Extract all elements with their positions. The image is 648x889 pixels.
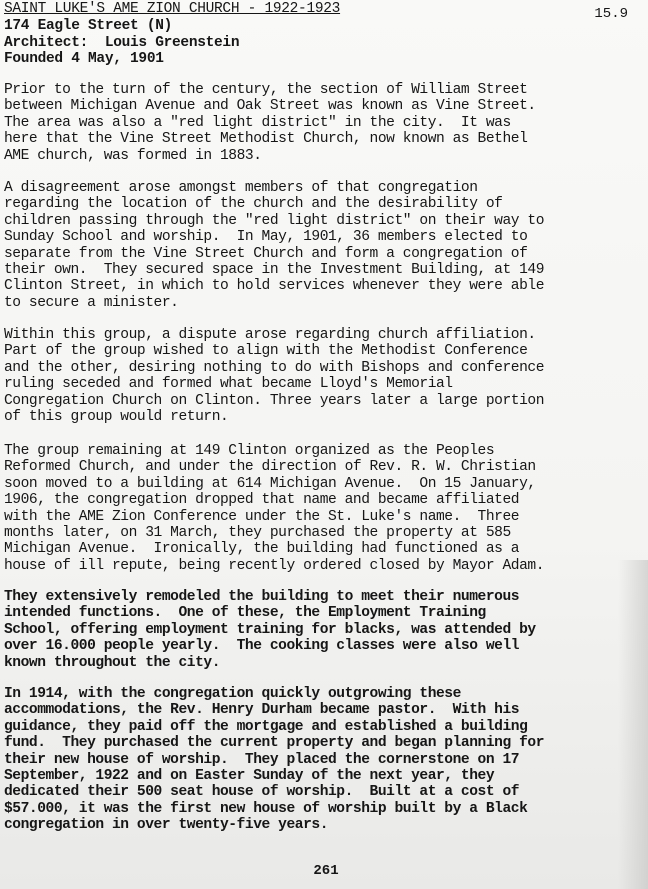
text-line: regarding the location of the church and… xyxy=(4,196,544,212)
text-line: to secure a minister. xyxy=(4,295,544,311)
page-shadow xyxy=(618,560,648,889)
text-line: their new house of worship. They placed … xyxy=(4,752,544,768)
text-line: Within this group, a dispute arose regar… xyxy=(4,327,544,343)
text-line: Michigan Avenue. Ironically, the buildin… xyxy=(4,541,544,557)
text-line: Congregation Church on Clinton. Three ye… xyxy=(4,393,544,409)
text-line: of this group would return. xyxy=(4,409,544,425)
text-line: between Michigan Avenue and Oak Street w… xyxy=(4,98,536,114)
text-line: house of ill repute, being recently orde… xyxy=(4,558,544,574)
text-line: Sunday School and worship. In May, 1901,… xyxy=(4,229,544,245)
text-line: AME church, was formed in 1883. xyxy=(4,148,536,164)
page-number: 261 xyxy=(0,863,648,879)
text-line: A disagreement arose amongst members of … xyxy=(4,180,544,196)
text-line: School, offering employment training for… xyxy=(4,622,536,638)
text-line: separate from the Vine Street Church and… xyxy=(4,246,544,262)
text-line: soon moved to a building at 614 Michigan… xyxy=(4,476,544,492)
paragraph-disagreement: A disagreement arose amongst members of … xyxy=(4,180,544,311)
text-line: congregation in over twenty-five years. xyxy=(4,817,544,833)
text-line: Clinton Street, in which to hold service… xyxy=(4,278,544,294)
paragraph-remodel: They extensively remodeled the building … xyxy=(4,589,536,671)
text-line: The area was also a "red light district"… xyxy=(4,115,536,131)
paragraph-vine-street: Prior to the turn of the century, the se… xyxy=(4,82,536,164)
text-line: months later, on 31 March, they purchase… xyxy=(4,525,544,541)
text-line: with the AME Zion Conference under the S… xyxy=(4,509,544,525)
text-line: intended functions. One of these, the Em… xyxy=(4,605,536,621)
text-line: Reformed Church, and under the direction… xyxy=(4,459,544,475)
text-line: here that the Vine Street Methodist Chur… xyxy=(4,131,536,147)
text-line: They extensively remodeled the building … xyxy=(4,589,536,605)
text-line: Part of the group wished to align with t… xyxy=(4,343,544,359)
text-line: known throughout the city. xyxy=(4,655,536,671)
text-line: 1906, the congregation dropped that name… xyxy=(4,492,544,508)
text-line: dedicated their 500 seat house of worshi… xyxy=(4,784,544,800)
text-line: September, 1922 and on Easter Sunday of … xyxy=(4,768,544,784)
document-header: SAINT LUKE'S AME ZION CHURCH - 1922-1923… xyxy=(4,1,644,68)
paragraph-peoples-reformed: The group remaining at 149 Clinton organ… xyxy=(4,443,544,574)
founded-line: Founded 4 May, 1901 xyxy=(4,51,644,68)
text-line: $57.000, it was the first new house of w… xyxy=(4,801,544,817)
text-line: The group remaining at 149 Clinton organ… xyxy=(4,443,544,459)
architect-line: Architect: Louis Greenstein xyxy=(4,35,644,52)
text-line: guidance, they paid off the mortgage and… xyxy=(4,719,544,735)
text-line: and the other, desiring nothing to do wi… xyxy=(4,360,544,376)
document-page: SAINT LUKE'S AME ZION CHURCH - 1922-1923… xyxy=(0,0,648,889)
text-line: accommodations, the Rev. Henry Durham be… xyxy=(4,702,544,718)
text-line: Prior to the turn of the century, the se… xyxy=(4,82,536,98)
text-line: fund. They purchased the current propert… xyxy=(4,735,544,751)
address-line: 174 Eagle Street (N) xyxy=(4,18,644,35)
text-line: over 16.000 people yearly. The cooking c… xyxy=(4,638,536,654)
text-line: their own. They secured space in the Inv… xyxy=(4,262,544,278)
text-line: In 1914, with the congregation quickly o… xyxy=(4,686,544,702)
paragraph-affiliation-dispute: Within this group, a dispute arose regar… xyxy=(4,327,544,425)
page-title: SAINT LUKE'S AME ZION CHURCH - 1922-1923 xyxy=(4,1,644,18)
text-line: ruling seceded and formed what became Ll… xyxy=(4,376,544,392)
section-number: 15.9 xyxy=(594,6,628,22)
paragraph-new-church: In 1914, with the congregation quickly o… xyxy=(4,686,544,834)
text-line: children passing through the "red light … xyxy=(4,213,544,229)
